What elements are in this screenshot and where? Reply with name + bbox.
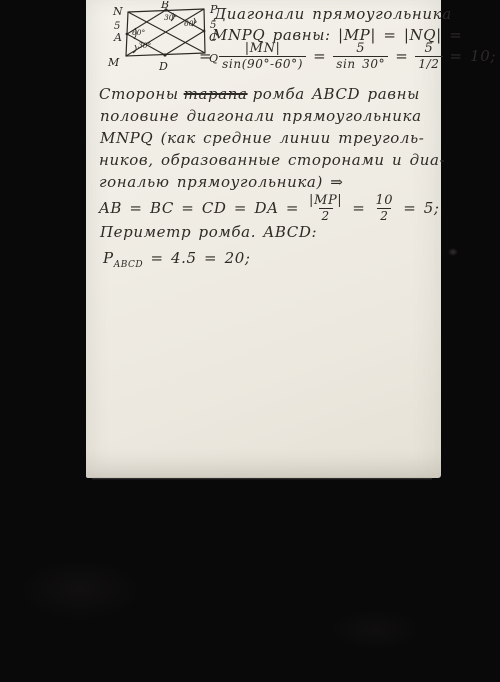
fraction-numerator: 5 (353, 42, 368, 56)
paragraph-line-4: ников, образованные сторонами и диа- (99, 152, 445, 169)
crossed-out-word: тарапа (184, 85, 248, 103)
fraction-denominator: 2 (377, 208, 391, 223)
vertex-dot-a (126, 33, 129, 36)
text-segment: ромба ABCD равны (253, 85, 420, 103)
fraction-5-over-half: 5 1/2 (415, 42, 442, 71)
angle-label-a: 60° (132, 28, 146, 37)
solution-line-1: Диагонали прямоугольника (214, 6, 452, 23)
paragraph-line-5: гональю прямоугольника) ⇒ (99, 174, 343, 191)
background-smudge (20, 560, 140, 620)
eq-lead: = (199, 48, 212, 65)
perimeter-subscript: ABCD (114, 260, 143, 270)
label-a: A (113, 31, 122, 44)
perimeter-symbol: P (103, 249, 114, 267)
equals-sign: = (313, 48, 326, 65)
label-d: D (158, 60, 168, 73)
fraction-numerator: |MP| (306, 194, 345, 208)
fraction-mp-over-2: |MP| 2 (306, 194, 345, 223)
text-segment: Стороны (99, 85, 179, 103)
angle-label-b: 30° (164, 13, 178, 22)
fraction-mn-over-sin: |MN| sin(90°-60°) (219, 42, 306, 71)
notebook-page: N B P M D Q 5 A 5 C 60° 30° 30° 60° Диаг… (86, 0, 441, 478)
fraction-denominator: 1/2 (415, 56, 442, 71)
fraction-10-over-2: 10 2 (372, 194, 396, 223)
vertex-dot-c (203, 30, 206, 33)
fraction-numerator: 10 (372, 194, 396, 208)
fraction-numerator: 5 (422, 42, 437, 56)
eq-result: = 5; (403, 200, 439, 217)
label-m: M (107, 56, 120, 69)
fraction-5-over-sin30: 5 sin 30° (333, 42, 388, 71)
equals-sign: = (352, 200, 365, 217)
perimeter-result: = 4.5 = 20; (150, 249, 250, 267)
paragraph-line-3: MNPQ (как средние линии треуголь- (100, 130, 424, 147)
eq-result: = 10; (450, 48, 496, 65)
background-smudge (448, 248, 458, 256)
fraction-numerator: |MN| (242, 42, 284, 56)
eq-lead: AB = BC = CD = DA = (99, 200, 299, 217)
page-bottom-edge (92, 477, 432, 480)
fraction-denominator: sin(90°-60°) (219, 56, 306, 71)
equals-sign: = (395, 48, 408, 65)
label-b: B (160, 1, 169, 11)
perimeter-equation: PABCD = 4.5 = 20; (103, 250, 251, 271)
paragraph-line-1: Сторонытарапаромба ABCD равны (99, 86, 420, 103)
diagonal-length-equation: = |MN| sin(90°-60°) = 5 sin 30° = 5 1/2 … (199, 42, 496, 71)
vertex-dot-d (163, 53, 166, 56)
paragraph-line-2: половине диагонали прямоугольника (100, 108, 422, 125)
angle-label-m: 30° (138, 41, 152, 50)
fraction-denominator: sin 30° (333, 56, 388, 71)
perimeter-label: Периметр ромба. ABCD: (100, 224, 317, 241)
rhombus-sides-equation: AB = BC = CD = DA = |MP| 2 = 10 2 = 5; (99, 194, 440, 223)
fraction-denominator: 2 (319, 208, 333, 223)
label-n: N (112, 5, 123, 18)
background-smudge (330, 610, 420, 650)
angle-label-c: 60° (184, 19, 198, 28)
